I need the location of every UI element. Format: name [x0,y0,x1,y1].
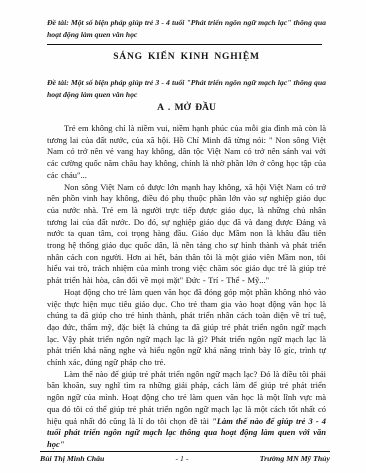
document-topic: Đề tài: Một số biện pháp giúp trẻ 3 - 4 … [47,77,326,100]
running-title: Đề tài: Một số biện pháp giúp trẻ 3 - 4 … [47,17,326,40]
document-body: Trẻ em không chỉ là niềm vui, niềm hạnh … [47,123,326,451]
paragraph-4: Làm thế nào để giúp trẻ phát triển ngôn … [47,369,326,451]
paragraph-1: Trẻ em không chỉ là niềm vui, niềm hạnh … [47,123,326,182]
footer-school-name: Trường MN Mỹ Thủy [260,454,330,463]
header-divider [47,44,322,45]
page-footer: Bùi Thị Minh Châu - 1 - Trường MN Mỹ Thủ… [40,451,330,463]
paragraph-3: Hoạt động cho trẻ làm quen văn học đã đó… [47,287,326,369]
document-page: Đề tài: Một số biện pháp giúp trẻ 3 - 4 … [0,0,366,473]
footer-page-number: - 1 - [176,454,189,463]
document-heading: SÁNG KIẾN KINH NGHIỆM [47,52,326,62]
paragraph-2: Non sông Việt Nam có được lớn mạnh hay k… [47,182,326,287]
section-heading: A . MỞ ĐẦU [47,103,326,113]
footer-author-name: Bùi Thị Minh Châu [40,454,104,463]
footer-divider [40,451,330,452]
